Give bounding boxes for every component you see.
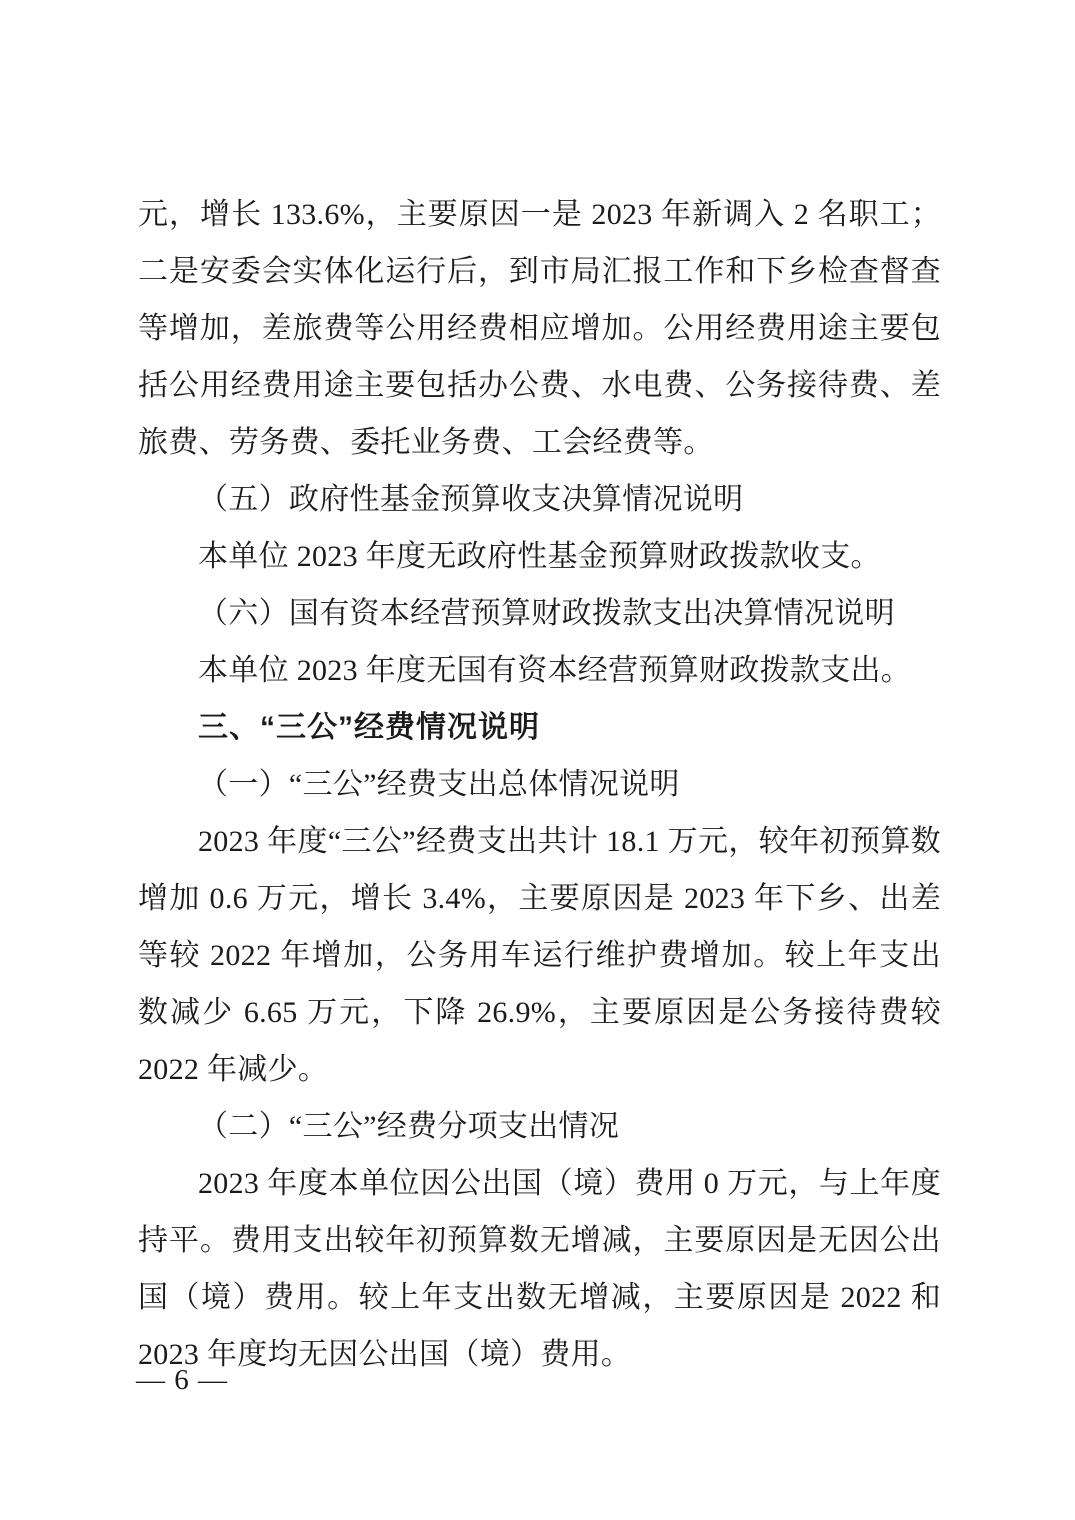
paragraph-overall-expense-detail: 2023 年度“三公”经费支出共计 18.1 万元，较年初预算数增加 0.6 万… <box>138 813 941 1098</box>
heading-section-1-overall-expense: （一）“三公”经费支出总体情况说明 <box>138 756 941 813</box>
paragraph-no-gov-fund-budget: 本单位 2023 年度无政府性基金预算财政拨款收支。 <box>138 528 941 585</box>
heading-section-2-itemized-expense: （二）“三公”经费分项支出情况 <box>138 1098 941 1155</box>
paragraph-public-expense-continued: 元，增长 133.6%，主要原因一是 2023 年新调入 2 名职工；二是安委会… <box>138 186 941 471</box>
paragraph-overseas-travel-expense: 2023 年度本单位因公出国（境）费用 0 万元，与上年度持平。费用支出较年初预… <box>138 1155 941 1383</box>
paragraph-no-state-capital-budget: 本单位 2023 年度无国有资本经营预算财政拨款支出。 <box>138 642 941 699</box>
heading-section-6-state-capital-budget: （六）国有资本经营预算财政拨款支出决算情况说明 <box>138 585 941 642</box>
document-body: 元，增长 133.6%，主要原因一是 2023 年新调入 2 名职工；二是安委会… <box>138 186 941 1383</box>
heading-section-5-gov-fund-budget: （五）政府性基金预算收支决算情况说明 <box>138 471 941 528</box>
document-page: 元，增长 133.6%，主要原因一是 2023 年新调入 2 名职工；二是安委会… <box>0 0 1075 1520</box>
page-number: — 6 — <box>136 1356 228 1404</box>
heading-chapter-3-three-public-expenses: 三、“三公”经费情况说明 <box>138 699 941 756</box>
